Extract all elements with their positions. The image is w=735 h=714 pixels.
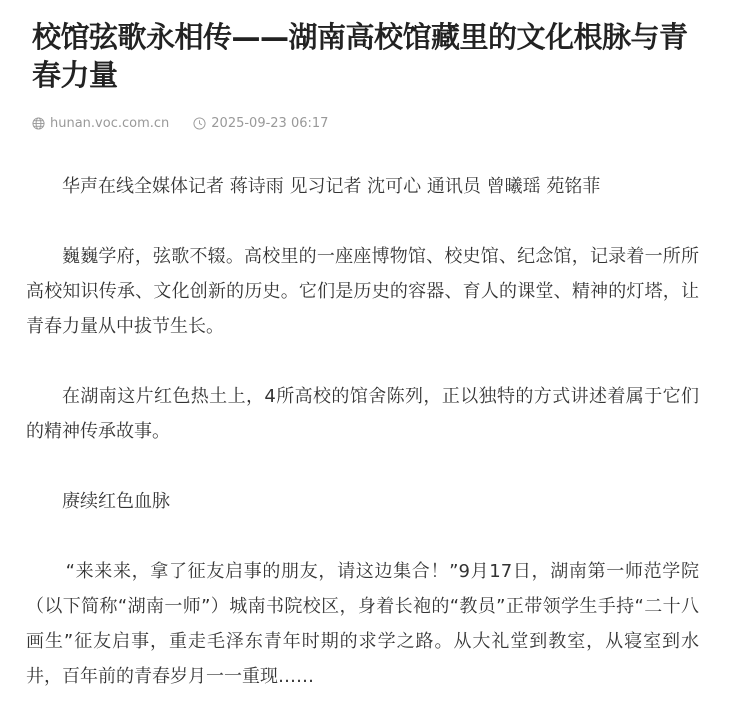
publish-time-info: 2025-09-23 06:17	[193, 116, 328, 131]
body-paragraph: 巍巍学府，弦歌不辍。高校里的一座座博物馆、校史馆、纪念馆，记录着一所所高校知识传…	[26, 239, 699, 344]
body-paragraph: “来来来，拿了征友启事的朋友，请这边集合！”9月17日，湖南第一师范学院（以下简…	[26, 554, 699, 694]
globe-icon	[32, 117, 45, 130]
source-link[interactable]: hunan.voc.com.cn	[50, 116, 169, 131]
clock-icon	[193, 117, 206, 130]
publish-time: 2025-09-23 06:17	[211, 116, 328, 131]
article-meta: hunan.voc.com.cn 2025-09-23 06:17	[32, 113, 707, 133]
article: 校馆弦歌永相传——湖南高校馆藏里的文化根脉与青春力量 hunan.voc.com…	[0, 0, 735, 694]
article-title: 校馆弦歌永相传——湖南高校馆藏里的文化根脉与青春力量	[32, 18, 707, 94]
source-info: hunan.voc.com.cn	[32, 116, 169, 131]
byline-paragraph: 华声在线全媒体记者 蒋诗雨 见习记者 沈可心 通讯员 曾曦瑶 苑铭菲	[26, 169, 699, 204]
article-body: 华声在线全媒体记者 蒋诗雨 见习记者 沈可心 通讯员 曾曦瑶 苑铭菲 巍巍学府，…	[26, 169, 699, 694]
body-paragraph: 在湖南这片红色热土上，4所高校的馆舍陈列，正以独特的方式讲述着属于它们的精神传承…	[26, 379, 699, 449]
section-heading: 赓续红色血脉	[26, 484, 699, 519]
